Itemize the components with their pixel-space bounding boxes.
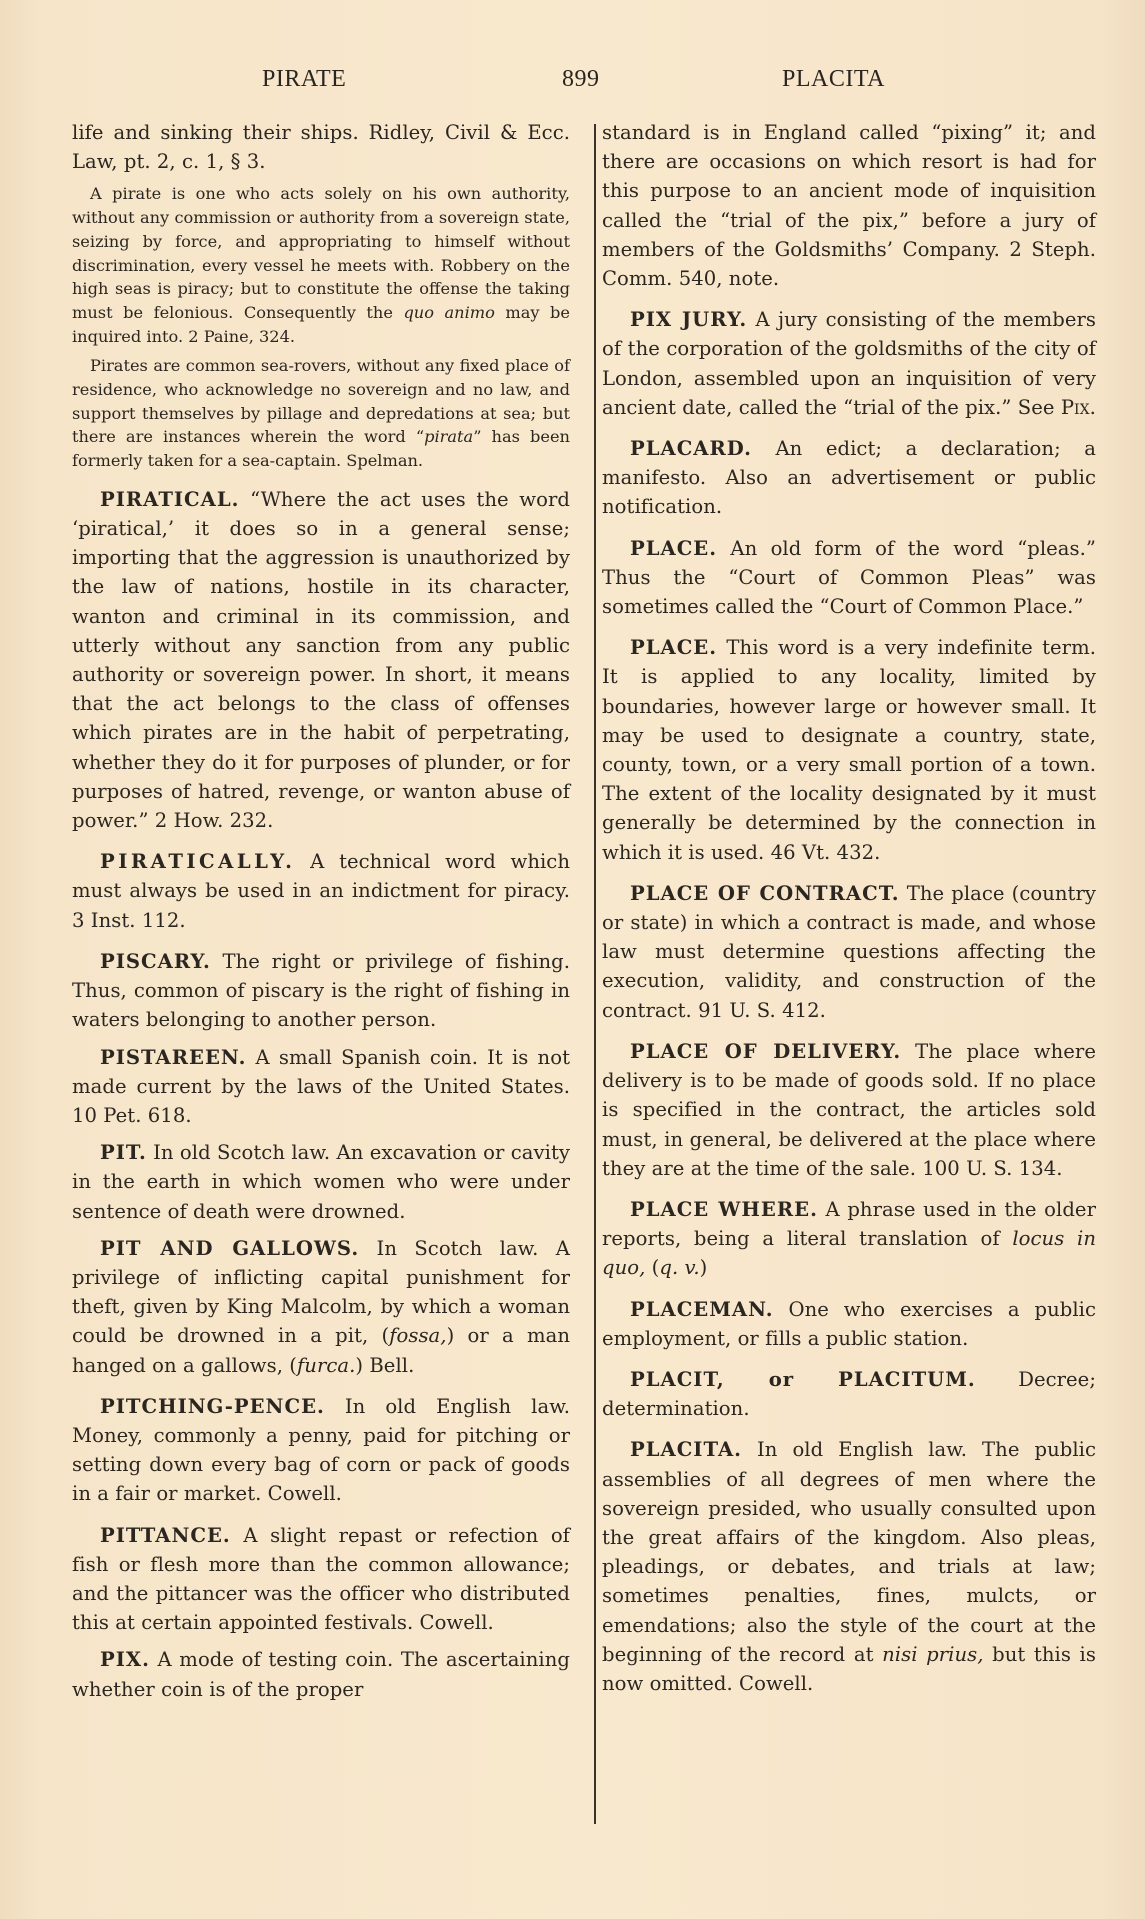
entry-placita: PLACITA. In old English law. The public … (602, 1435, 1096, 1698)
entry-placeman: PLACEMAN. One who exercises a public emp… (602, 1295, 1096, 1353)
entry-place-where: PLACE WHERE. A phrase used in the older … (602, 1195, 1096, 1283)
entry-piratically: PIRATICALLY. A technical word which must… (72, 847, 570, 935)
entry-place: PLACE. This word is a very indefinite te… (602, 633, 1096, 867)
continuation-text: life and sinking their ships. Ridley, Ci… (72, 118, 570, 176)
headword: PITCHING-PENCE. (100, 1395, 325, 1418)
running-head-right: PLACITA (782, 66, 885, 93)
headword: PISTAREEN. (100, 1046, 246, 1069)
headword: PLACEMAN. (630, 1298, 774, 1321)
right-column: standard is in England called “pixing” i… (602, 118, 1096, 1698)
entry-pix-jury: PIX JURY. A jury consisting of the membe… (602, 305, 1096, 422)
headword: PLACE OF CONTRACT. (630, 882, 900, 905)
entry-pit-and-gallows: PIT AND GALLOWS. In Scotch law. A privil… (72, 1234, 570, 1380)
pirate-note-1: A pirate is one who acts solely on his o… (72, 182, 570, 348)
headword: PLACE WHERE. (630, 1198, 818, 1221)
entry-pit: PIT. In old Scotch law. An excavation or… (72, 1138, 570, 1226)
entry-placard: PLACARD. An edict; a declaration; a mani… (602, 434, 1096, 522)
headword: PIRATICALLY. (100, 850, 295, 873)
continuation-text: standard is in England called “pixing” i… (602, 118, 1096, 293)
entry-pistareen: PISTAREEN. A small Spanish coin. It is n… (72, 1043, 570, 1131)
headword: PIX JURY. (630, 308, 747, 331)
headword: PISCARY. (100, 950, 211, 973)
entry-pix: PIX. A mode of testing coin. The ascerta… (72, 1645, 570, 1703)
headword: PITTANCE. (100, 1524, 231, 1547)
entry-place-of-contract: PLACE OF CONTRACT. The place (country or… (602, 879, 1096, 1025)
headword: PLACE OF DELIVERY. (630, 1040, 901, 1063)
left-column: life and sinking their ships. Ridley, Ci… (72, 118, 570, 1704)
entry-pitching-pence: PITCHING-PENCE. In old English law. Mone… (72, 1392, 570, 1509)
entry-placit: PLACIT, or PLACITUM. Decree; determinati… (602, 1365, 1096, 1423)
headword: PIT. (100, 1141, 147, 1164)
headword: PIX. (100, 1648, 150, 1671)
headword: PLACITA. (630, 1438, 742, 1461)
headword: PIRATICAL. (100, 488, 239, 511)
entry-place-of-delivery: PLACE OF DELIVERY. The place where deliv… (602, 1037, 1096, 1183)
column-divider (594, 124, 596, 1824)
running-head-left: PIRATE (262, 66, 346, 93)
headword: PIT AND GALLOWS. (100, 1237, 359, 1260)
headword: PLACARD. (630, 437, 752, 460)
entry-piscary: PISCARY. The right or privilege of fishi… (72, 947, 570, 1035)
page-number: 899 (562, 66, 600, 93)
entry-piratical: PIRATICAL. “Where the act uses the word … (72, 485, 570, 835)
entry-place-pleas: PLACE. An old form of the word “pleas.” … (602, 534, 1096, 622)
headword: PLACIT, or PLACITUM. (630, 1368, 976, 1391)
headword: PLACE. (630, 537, 717, 560)
headword: PLACE. (630, 636, 717, 659)
pirate-note-2: Pirates are common sea-rovers, without a… (72, 354, 570, 473)
entry-pittance: PITTANCE. A slight repast or refection o… (72, 1521, 570, 1638)
